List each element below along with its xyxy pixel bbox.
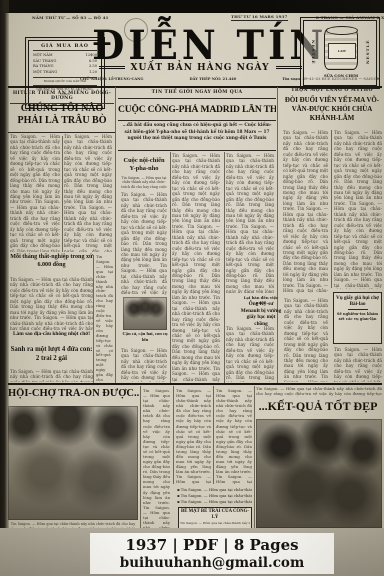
headline-fair-right: ...KẾT-QUẢ TỐT ĐẸP (254, 399, 382, 414)
headline-right: ĐÒI ĐUỔI VIÊN YẾT-MA VÕ-VĂN-ĐƯỢC KHỎI CH… (281, 97, 383, 124)
photo-sons-of-official (123, 297, 167, 330)
body-text-column: Tin Saigon. — Hôm qua tại châu-thành nầy… (143, 388, 170, 528)
milk-can-illustration: LAIT CONDENSÉ (324, 28, 358, 70)
bullet-list: Tin Saigon. — Hôm qua tại châu-thành nầy… (177, 487, 252, 505)
issue-date: THỨ TƯ 16 MARS 1937 (231, 14, 288, 21)
body-text-column: Tin Saigon. — Hôm qua tại châu-thành nầy… (96, 255, 113, 383)
subhead-deck: Tin Saigon. — Hôm qua tại châu-thành nầy… (121, 176, 167, 189)
body-text-column: Tin Saigon. — Hôm qua tại châu-thành nầy… (10, 134, 60, 252)
body-text-column: Tin Saigon. — Hôm qua tại châu-thành nầy… (226, 326, 274, 382)
body-text-column: Tin Saigon. — Hôm qua tại châu-thành nầy… (334, 130, 382, 289)
headline-center-deck: ...đã bắt đầu song cũng chưa có hiệu-quả… (118, 120, 276, 151)
photo-caption: Tin Saigon. — Hôm qua tại châu-thành nầy… (9, 522, 137, 531)
masthead-director: CHỦ-NHIỆM: LÊ-TRUNG-CANG (80, 77, 143, 81)
column-rule (93, 255, 94, 383)
column-rule (115, 87, 116, 383)
kicker-center: TIN THẾ GIỚI NGÀY HÔM QUA (118, 90, 276, 99)
body-text-column: Tin Saigon. — Hôm qua tại châu-thành nầy… (216, 388, 252, 484)
body-text-column: Tin Saigon. — Hôm qua tại châu-thành nầy… (283, 130, 328, 294)
body-text-column: Tin Saigon. — Hôm qua tại châu-thành nầy… (256, 386, 382, 397)
headline-fair-left: HỘI-CHỢ TRÀ-ÔN ĐƯỢC... (8, 388, 139, 399)
archive-year-pages: 1937 | PDF | 8 Pages (125, 536, 298, 554)
archive-email: buihuuhanh@gmail.com (120, 555, 304, 571)
milk-can-label: LAIT CONDENSÉ (328, 43, 356, 59)
masthead-title: ĐIỄN TÍN (92, 21, 308, 69)
headline-left: CHÚNG TÔI NÀO PHẢI LÀ TRÂU BÒ (9, 103, 115, 127)
column-rule (170, 152, 171, 383)
headline-center: CUỘC CÔNG-PHÁ MADRID LẦN THỨ NĂM (118, 104, 276, 115)
subhead-earth: Làm sao địa-cầu không nhột chớ! (10, 331, 93, 337)
newspaper-page: NĂM THỨ TƯ — SỐ 83 — BỘ 41 THỨ TƯ 16 MAR… (0, 0, 384, 576)
body-text-column: Tin Saigon. — Hôm qua tại châu-thành nầy… (176, 388, 211, 484)
body-text-column: Tin Saigon. — Hôm qua tại châu-thành nầy… (64, 134, 112, 252)
body-text-column: Tin Saigon. — Hôm qua tại châu-thành nầy… (121, 348, 167, 382)
photo-fair-crowd-right (256, 419, 382, 528)
price-label: MỘT THÁNG (33, 70, 57, 76)
nestle-brand-right: NESTLÉ (365, 27, 373, 77)
boxed-article-title: BỀ MẶT BỀ TRÁI CỦA CÔNG-LÝ (180, 509, 250, 521)
price-box-title: GIÁ MUA BÁO (33, 44, 97, 51)
body-text-column: Tin Saigon. — Hôm qua tại châu-thành nầy… (284, 298, 328, 382)
body-text-column: Tin Saigon. — Hôm qua tại châu-thành nầy… (226, 153, 274, 293)
archive-overlay: 1937 | PDF | 8 Pages buihuuhanh@gmail.co… (90, 533, 334, 574)
scan-edge-top (0, 0, 384, 13)
nestle-product-name: SỮA CON CHIM (308, 73, 374, 78)
body-text-column: Tin Saigon. — Hôm qua tại châu-thành nầy… (10, 277, 93, 330)
kicker-right: TRỌN MỘT LÀNG Ở MYTHO (282, 88, 382, 93)
masthead-phone: DÂY THÉP NÓI: 21.440 (189, 77, 236, 81)
column-rule (140, 386, 141, 528)
nestle-advertisement: NESTLÉ NESTLÉ LAIT CONDENSÉ SỮA CON CHIM (303, 20, 377, 86)
photo-caption: Cậu cả, cậu hai, con cụ lớn (119, 331, 171, 342)
subhead-unemployment: Mỗi tháng thất-nghiệp trong xứ 6.000 đồn… (10, 254, 93, 269)
photo-fair-crowd-left (8, 406, 138, 520)
subhead-quadruplets: Sanh ra một lượt 4 đứa con: 2 trai 2 gái (10, 346, 93, 364)
column-rule (213, 386, 214, 484)
subhead-spanish-civil-war: Cuộc nội-chiến Y-pha-nho (121, 157, 167, 172)
boxed-article-justice: BỀ MẶT BỀ TRÁI CỦA CÔNG-LÝ Tin Saigon. —… (178, 507, 252, 530)
column-rule (173, 386, 174, 484)
body-text-column: Tin Saigon. — Hôm qua tại châu-thành nầy… (121, 192, 167, 295)
bullet-item: Tin Saigon. — Hôm qua tại châu-thành nầy… (177, 499, 252, 505)
column-rule (62, 136, 63, 252)
issue-info-left: NĂM THỨ TƯ — SỐ 83 — BỘ 41 (32, 15, 109, 20)
boxed-article-title: Vụ giấy giả hụi chợ Bài-lao (336, 295, 379, 307)
body-text-column: Tin Saigon. — Hôm qua tại châu-thành nầy… (334, 347, 382, 382)
column-rule (277, 87, 278, 383)
masthead-subtitle: XUẤT BẢN HÀNG NGÀY (92, 63, 308, 73)
divider-rule (348, 309, 368, 310)
column-rule (224, 152, 225, 383)
boxed-article-fraud: Vụ giấy giả hụi chợ Bài-lao Sẽ nghiêm-tr… (333, 292, 382, 344)
nestle-brand-left: NESTLÉ (308, 27, 316, 77)
body-text-column: Tin Saigon. — Hôm qua tại châu-thành nầy… (10, 369, 93, 382)
boxed-article-sub: Tin Saigon. — Hôm qua tại châu-thành nầy… (180, 521, 250, 525)
body-text-column: Tin Saigon. — Hôm qua tại châu-thành nầy… (172, 153, 220, 382)
column-rule (331, 130, 332, 288)
divider-rule (8, 383, 382, 385)
price-row: MỘT THÁNG 1.20 (33, 70, 97, 76)
divider-rule (8, 132, 115, 133)
subhead-menault: Ông Kỹ-sư Menault bị vướng giấy bạc một … (240, 301, 282, 327)
boxed-article-deck: Sẽ nghiêm-tra khám xét các vụ gian-lận (336, 312, 379, 322)
